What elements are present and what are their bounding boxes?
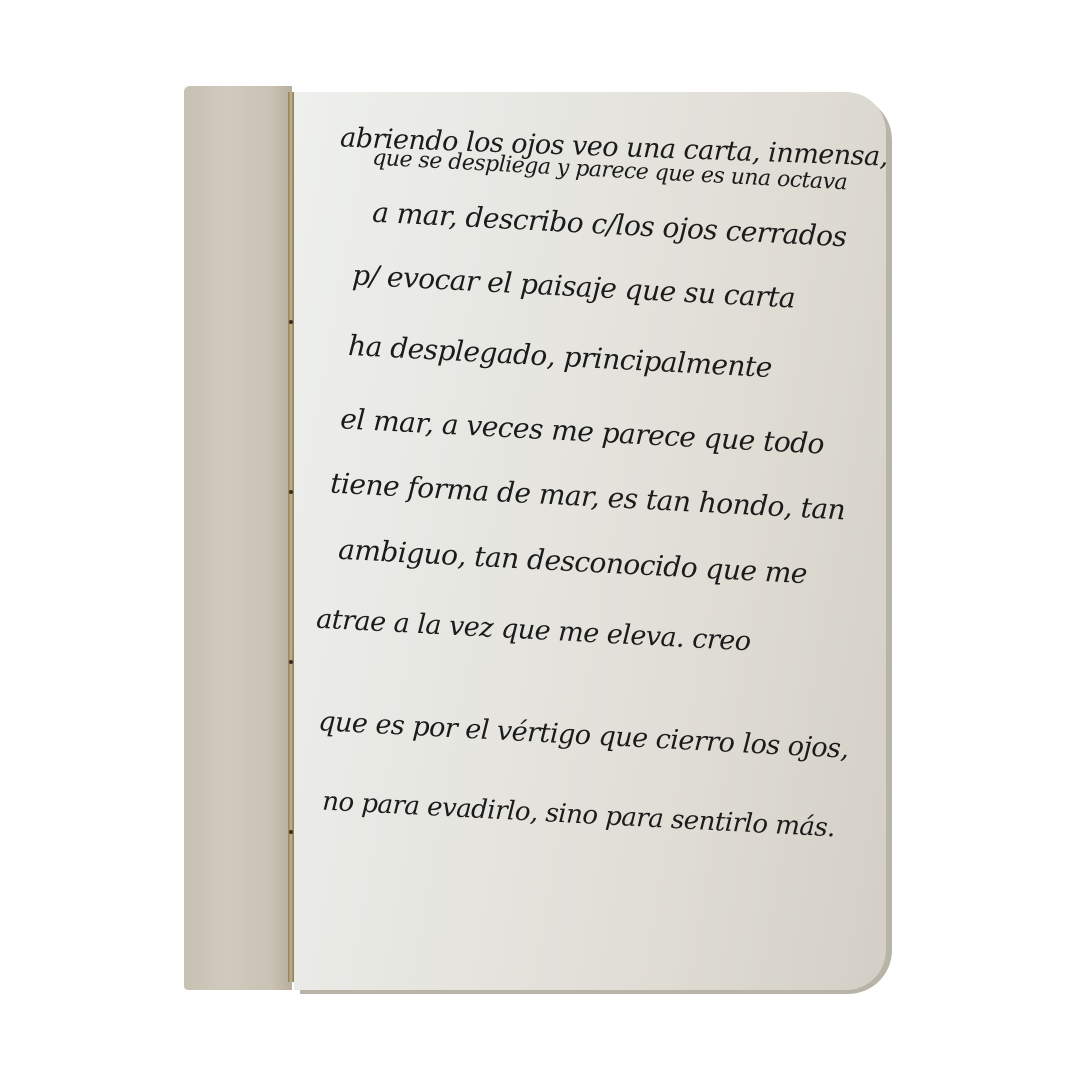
binding-stitch [289,660,293,664]
binding-stitch [289,320,293,324]
notebook-spine [288,92,294,982]
binding-stitch [289,830,293,834]
binding-stitch [289,490,293,494]
notebook-photo: abriendo los ojos veo una carta, inmensa… [0,0,1080,1080]
bleed-through-text [194,86,289,990]
left-page [184,86,292,990]
